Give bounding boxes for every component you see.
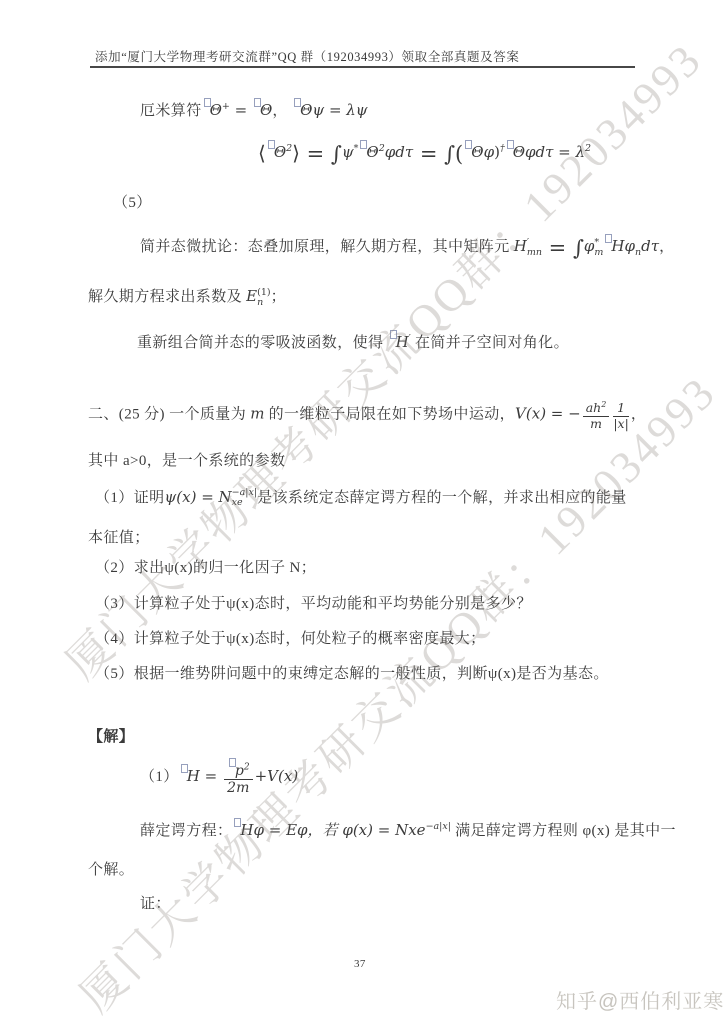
psi-symbol: ψ [342, 143, 354, 161]
secular-equation-line: 解久期方程求出系数及 E(1)n； [88, 285, 286, 308]
problem-item-4: （4）计算粒子处于ψ(x)态时，何处粒子的概率密度最大； [95, 627, 486, 648]
item-4-text: 计算粒子处于ψ(x)态时，何处粒子的概率密度最大； [134, 631, 486, 647]
expectation-formula: ⟨Θ2⟩ = ∫ψ*Θ2φdτ = ∫(Θφ)†Θφdτ = λ2 [258, 140, 591, 166]
problem-item-2: （2）求出ψ(x)的归一化因子 N； [95, 556, 316, 577]
hermitian-line: 厄米算符Θ+ = Θ， Θψ = λψ [140, 98, 368, 120]
header-rule [90, 66, 635, 68]
integral-sign: = ∫ [542, 236, 584, 260]
degenerate-perturbation-line: 简并态微扰论：态叠加原理，解久期方程，其中矩阵元 H′mn = ∫φ*mHφnd… [140, 234, 674, 260]
semicolon: ； [271, 289, 286, 305]
stem-mid: 的一维粒子局限在如下势场中运动， [264, 407, 515, 423]
phi-dtau: φdτ [385, 143, 413, 161]
problem-2-stem-2: 其中 a>0，是一个系统的参数 [88, 449, 285, 470]
problem-item-1-cont: 本征值； [88, 526, 150, 547]
H-operator: H [240, 821, 253, 839]
ah-num: ah [586, 400, 602, 415]
item-4-label: （4） [95, 631, 134, 647]
schrodinger-lead: 薛定谔方程： [140, 823, 232, 839]
equals-sign: = [200, 767, 222, 785]
plus-Vx: +V(x) [255, 767, 299, 785]
m-sub: m [594, 248, 603, 258]
equals-sign: = [230, 101, 252, 119]
m-den: m [583, 417, 610, 431]
fraction-ah2-m: ah2m [583, 400, 610, 431]
stem-lead: 二、(25 分) 一个质量为 [88, 407, 250, 423]
absx-den: |x| [613, 417, 628, 431]
document-page: 添加“厦门大学物理考研交流群”QQ 群（192034993）领取全部真题及答案 … [0, 0, 724, 1024]
squared-sup: 2 [244, 762, 250, 772]
theta-operator: Θ [471, 143, 483, 161]
n-sub: n [257, 298, 270, 308]
psi-equation: ψ(x) = N [165, 488, 232, 506]
H-operator: H [187, 767, 200, 785]
problem-item-3: （3）计算粒子处于ψ(x)态时，平均动能和平均势能分别是多少？ [95, 592, 532, 613]
item-1-post: 是该系统定态薛定谔方程的一个解，并求出相应的能量 [257, 490, 627, 506]
problem-2-stem: 二、(25 分) 一个质量为 m 的一维粒子局限在如下势场中运动，V(x) = … [88, 400, 646, 431]
proof-label: 证： [140, 892, 171, 913]
integral-sign: = ∫ [300, 142, 342, 166]
fraction-p2-2m: p22m [224, 758, 253, 796]
comma: ， [272, 101, 287, 119]
theta-operator: Θ [210, 101, 222, 119]
fraction-1-absx: 1|x| [613, 401, 628, 431]
H-matrix-element: H [514, 237, 527, 255]
item-5b-label: （5） [95, 666, 134, 682]
left-angle-bracket: ⟨ [258, 141, 266, 165]
phi-m: φ [584, 237, 595, 255]
xe-sub: xe [232, 498, 257, 508]
dtau: dτ [641, 237, 659, 255]
dagger-sup: † [500, 143, 505, 154]
item-1-label: （1） [95, 490, 134, 506]
problem-item-1: （1）证明ψ(x) = N−a|x|xe是该系统定态薛定谔方程的一个解，并求出相… [95, 486, 627, 508]
mn-sub: mn [527, 248, 542, 258]
theta-operator: Θ [366, 143, 378, 161]
mass-symbol: m [250, 405, 264, 423]
theta-operator: Θ [513, 143, 525, 161]
schrodinger-mid: φ = Eφ，若 φ(x) = Nxe [254, 821, 426, 839]
theta-operator: Θ [274, 143, 286, 161]
potential-eq: V(x) = − [515, 405, 581, 423]
one-num: 1 [613, 401, 628, 416]
recombine-tail: 在简并子空间对角化。 [411, 335, 569, 351]
integral-sign: = ∫( [413, 142, 463, 166]
secular-lead: 解久期方程求出系数及 [88, 289, 246, 305]
exp-sup: −a|x| [426, 821, 451, 832]
comma: ， [631, 407, 646, 423]
recombine-line: 重新组合简并态的零吸波函数，使得 H′ 在简并子空间对角化。 [137, 330, 569, 352]
solution-cont: 个解。 [88, 858, 134, 879]
hermitian-prefix: 厄米算符 [140, 103, 202, 119]
solution-header: 【解】 [88, 725, 134, 746]
phi-n: φ [625, 237, 636, 255]
phi-symbol: φ [484, 143, 495, 161]
squared-sup: 2 [601, 400, 606, 409]
item-5-label: （5） [113, 191, 152, 212]
item-5b-text: 根据一维势阱问题中的束缚定态解的一般性质，判断ψ(x)是否为基态。 [134, 666, 609, 682]
theta-operator: Θ [260, 101, 272, 119]
2m-den: 2m [224, 780, 253, 796]
degenerate-lead: 简并态微扰论：态叠加原理，解久期方程，其中矩阵元 [140, 239, 514, 255]
schrodinger-line: 薛定谔方程：Hφ = Eφ，若 φ(x) = Nxe−a|x| 满足薛定谔方程则… [140, 818, 676, 840]
star-sup: * [354, 143, 359, 154]
H-operator: H [611, 237, 624, 255]
item-2-label: （2） [95, 560, 134, 576]
item-3-text: 计算粒子处于ψ(x)态时，平均动能和平均势能分别是多少？ [134, 596, 532, 612]
p-operator: p [235, 763, 244, 779]
H-operator: H [396, 333, 409, 351]
solution-part-1-label: （1） [140, 769, 179, 785]
dagger-sup: + [222, 101, 230, 112]
item-2-text: 求出ψ(x)的归一化因子 N； [134, 560, 316, 576]
item-3-label: （3） [95, 596, 134, 612]
eigen-equation: ψ = λψ [312, 101, 367, 119]
problem-item-5: （5）根据一维势阱问题中的束缚定态解的一般性质，判断ψ(x)是否为基态。 [95, 662, 609, 683]
hamiltonian-formula: （1）H = p22m+V(x) [140, 758, 298, 796]
recombine-lead: 重新组合简并态的零吸波函数，使得 [137, 335, 388, 351]
squared-sup: 2 [585, 143, 591, 154]
schrodinger-tail: 满足薛定谔方程则 φ(x) 是其中一 [451, 823, 676, 839]
page-header-title: 添加“厦门大学物理考研交流群”QQ 群（192034993）领取全部真题及答案 [95, 47, 519, 65]
comma: ， [659, 239, 674, 255]
page-number: 37 [354, 958, 366, 970]
right-angle-bracket: ⟩ [292, 141, 300, 165]
item-1-pre: 证明 [134, 490, 165, 506]
E-symbol: E [246, 287, 257, 305]
lambda-squared: φdτ = λ [525, 143, 585, 161]
theta-operator: Θ [300, 101, 312, 119]
zhihu-watermark: 知乎@西伯利亚寒风 [556, 985, 724, 1014]
